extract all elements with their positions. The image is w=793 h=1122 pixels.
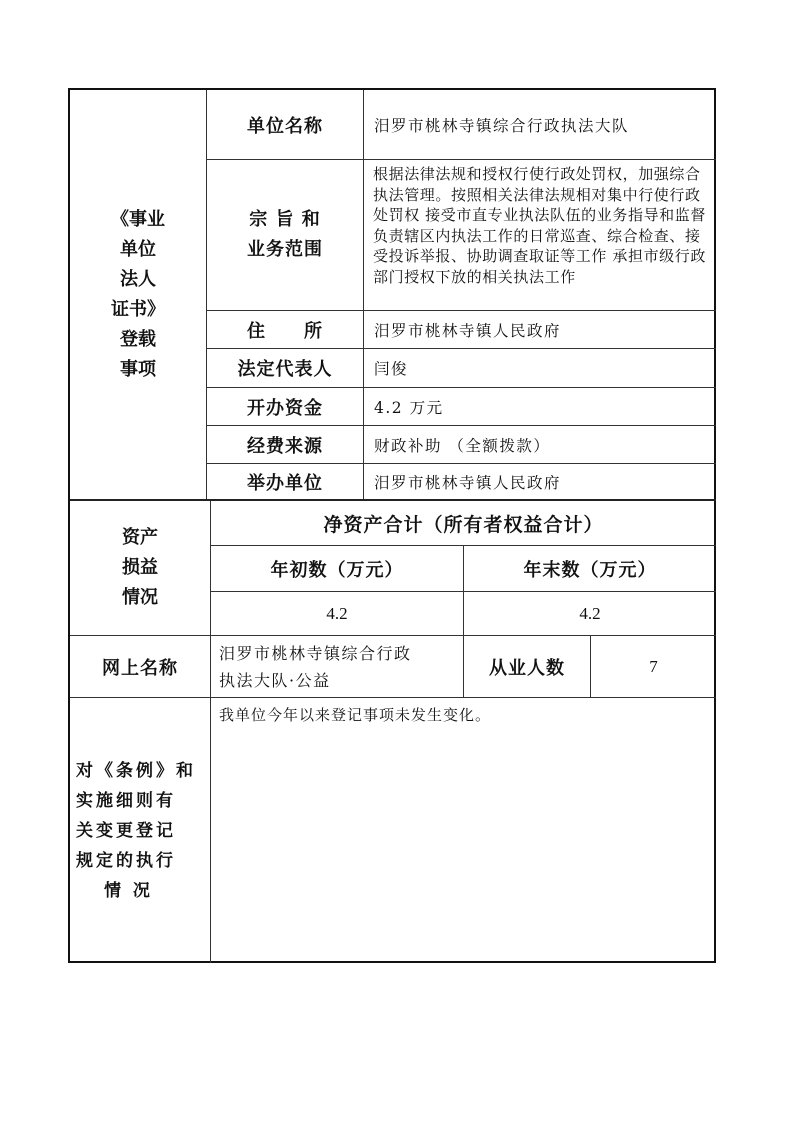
address-label: 住 所 bbox=[207, 311, 363, 348]
begin-year-label: 年初数（万元） bbox=[211, 546, 463, 591]
staff-count-label: 从业人数 bbox=[464, 636, 590, 697]
section-label-line: 《事业 bbox=[111, 205, 165, 235]
online-name-value: 汨罗市桃林寺镇综合行政 执法大队·公益 bbox=[211, 636, 463, 697]
document-page: 《事业 单位 法人 证书》 登载 事项 单位名称 汨罗市桃林寺镇综合行政执法大队… bbox=[0, 0, 793, 1122]
legal-representative-value: 闫俊 bbox=[364, 349, 716, 387]
section-label-line: 证书》 bbox=[111, 295, 165, 325]
section-label-line: 损益 bbox=[122, 553, 158, 583]
annual-report-table: 《事业 单位 法人 证书》 登载 事项 单位名称 汨罗市桃林寺镇综合行政执法大队… bbox=[68, 88, 716, 963]
label-line: 宗 旨 和 bbox=[249, 205, 321, 235]
compliance-label: 对《条例》和 实施细则有 关变更登记 规定的执行 情 况 bbox=[70, 698, 210, 963]
purpose-scope-value: 根据法律法规和授权行使行政处罚权，加强综合执法管理。按照相关法律法规相对集中行使… bbox=[364, 160, 716, 310]
unit-name-label: 单位名称 bbox=[207, 90, 363, 159]
value-line: 汨罗市桃林寺镇综合行政 bbox=[219, 640, 412, 667]
online-name-label: 网上名称 bbox=[70, 636, 210, 697]
registration-section-label: 《事业 单位 法人 证书》 登载 事项 bbox=[70, 90, 206, 499]
sponsor-value: 汨罗市桃林寺镇人民政府 bbox=[364, 464, 716, 499]
section-label-line: 单位 bbox=[120, 235, 156, 265]
label-line: 规定的执行 bbox=[76, 846, 176, 876]
label-line: 实施细则有 bbox=[76, 786, 176, 816]
label-line: 业务范围 bbox=[247, 235, 323, 265]
begin-year-value: 4.2 bbox=[211, 592, 463, 635]
address-value: 汨罗市桃林寺镇人民政府 bbox=[364, 311, 716, 348]
section-label-line: 登载 bbox=[120, 325, 156, 355]
purpose-scope-label: 宗 旨 和 业务范围 bbox=[207, 160, 363, 310]
section-label-line: 资产 bbox=[122, 523, 158, 553]
section-label-line: 事项 bbox=[120, 355, 156, 385]
label-line: 关变更登记 bbox=[76, 816, 176, 846]
starting-capital-value: 4.2 万元 bbox=[364, 388, 716, 425]
assets-section-label: 资产 损益 情况 bbox=[70, 501, 210, 635]
staff-count-value: 7 bbox=[591, 636, 716, 697]
unit-name-value: 汨罗市桃林寺镇综合行政执法大队 bbox=[364, 90, 716, 159]
section-label-line: 法人 bbox=[120, 265, 156, 295]
section-label-line: 情况 bbox=[122, 583, 158, 613]
net-assets-header: 净资产合计（所有者权益合计） bbox=[211, 501, 716, 545]
sponsor-label: 举办单位 bbox=[207, 464, 363, 499]
end-year-value: 4.2 bbox=[464, 592, 716, 635]
compliance-value: 我单位今年以来登记事项未发生变化。 bbox=[211, 698, 716, 963]
value-line: 执法大队·公益 bbox=[219, 667, 331, 694]
legal-representative-label: 法定代表人 bbox=[207, 349, 363, 387]
funding-source-value: 财政补助 （全额拨款） bbox=[364, 426, 716, 463]
label-line: 情 况 bbox=[76, 876, 153, 906]
end-year-label: 年末数（万元） bbox=[464, 546, 716, 591]
starting-capital-label: 开办资金 bbox=[207, 388, 363, 425]
funding-source-label: 经费来源 bbox=[207, 426, 363, 463]
label-line: 对《条例》和 bbox=[76, 756, 196, 786]
